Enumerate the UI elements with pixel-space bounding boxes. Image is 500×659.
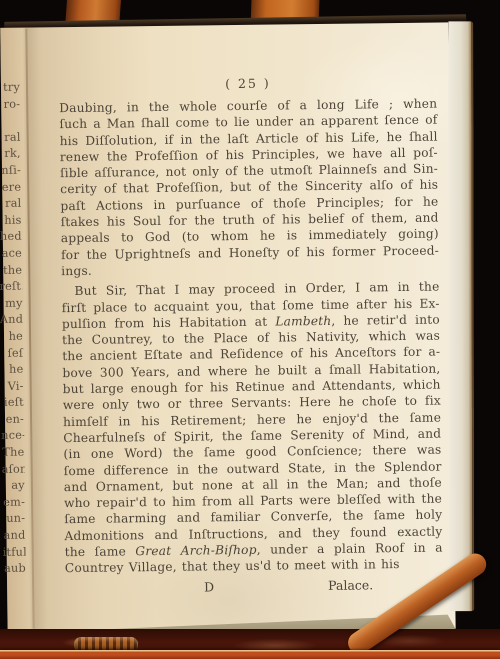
- facing-page-fragment: And: [0, 312, 23, 329]
- facing-page-fragment: ere: [0, 179, 21, 196]
- facing-page-fragment: [0, 113, 21, 130]
- open-book: tryro- ralrk,nſi-ereralhishedacethereſt.…: [0, 13, 482, 651]
- signature-mark: D: [204, 579, 214, 595]
- facing-page-fragment: hed: [0, 229, 22, 246]
- facing-page-fragment: ace: [0, 246, 22, 263]
- facing-page-fragment: ral: [0, 196, 22, 213]
- facing-page-fragment: aſon: [2, 461, 25, 478]
- facing-page-fragment: itful: [3, 544, 26, 561]
- facing-page-fragment: his: [0, 212, 22, 229]
- page-paragraphs: Daubing, in the whole courſe of a long L…: [59, 96, 443, 577]
- paragraph: But Sir, That I may proceed in Order, I …: [61, 279, 443, 577]
- facing-page-fragment: nce-: [1, 428, 24, 445]
- facing-page-fragment: ay: [2, 478, 25, 495]
- facing-page-fragment: the: [0, 262, 22, 279]
- facing-page-fragment: reſt.: [0, 279, 23, 296]
- facing-page-fragment: he: [0, 329, 23, 346]
- facing-page-fragment: ſeſ: [0, 345, 23, 362]
- facing-page-fragment: em-: [2, 494, 25, 511]
- facing-page-fragment: Vi-: [1, 378, 24, 395]
- facing-page-fragment: ro-: [0, 96, 20, 113]
- facing-page-fragment: my: [0, 295, 23, 312]
- page-number: ( 25 ): [59, 74, 437, 95]
- facing-page-fragment: un-: [2, 511, 25, 528]
- facing-page-fragment: ral: [0, 129, 21, 146]
- facing-page-fragment: The: [1, 445, 24, 462]
- facing-page-fragment: try: [0, 80, 20, 97]
- text-line: Countrey Village, that they us'd to meet…: [65, 556, 443, 577]
- easel-tray: [0, 650, 500, 659]
- facing-page-fragment: nſi-: [0, 163, 21, 180]
- facing-page-fragment: en-: [1, 412, 24, 429]
- facing-page-fragment: and: [2, 528, 25, 545]
- facing-page-fragment: aub: [3, 561, 26, 578]
- facing-page-fragment: rk,: [0, 146, 21, 163]
- page-text-block: ( 25 ) Daubing, in the whole courſe of a…: [59, 74, 443, 597]
- facing-page-fragment: ieſt: [1, 395, 24, 412]
- fore-edge: [448, 21, 474, 611]
- paragraph: Daubing, in the whole courſe of a long L…: [59, 96, 439, 280]
- book-photo: tryro- ralrk,nſi-ereralhishedacethereſt.…: [0, 0, 500, 659]
- facing-page-fragment: he: [0, 362, 23, 379]
- catchword: Palace.: [328, 577, 373, 594]
